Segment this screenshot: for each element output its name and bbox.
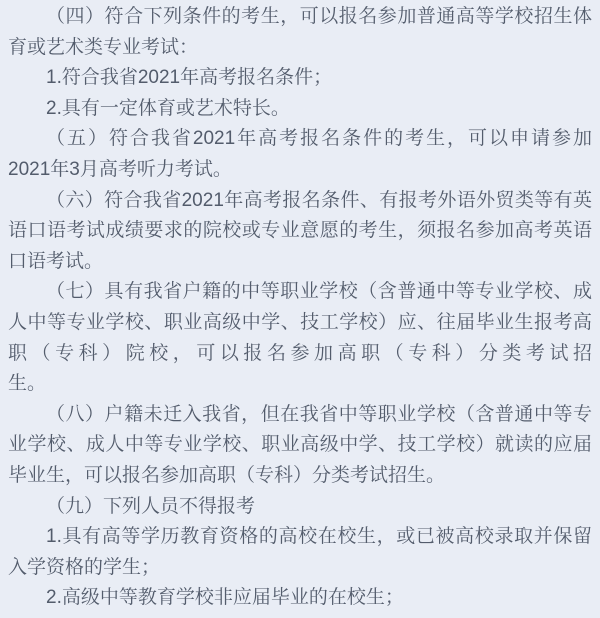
text-line: 口语考试。	[8, 247, 592, 278]
article-body: （四）符合下列条件的考生，可以报名参加普通高等学校招生体 育或艺术类专业考试： …	[0, 0, 600, 614]
text-line: （七）具有我省户籍的中等职业学校（含普通中等专业学校、成	[8, 277, 592, 308]
text-line: 2.高级中等教育学校非应届毕业的在校生；	[8, 583, 592, 614]
text-line: （八）户籍未迁入我省，但在我省中等职业学校（含普通中等专	[8, 400, 592, 431]
paragraph-item-4: （四）符合下列条件的考生，可以报名参加普通高等学校招生体 育或艺术类专业考试：	[8, 2, 592, 63]
text-line: 1.具有高等学历教育资格的高校在校生，或已被高校录取并保留	[8, 522, 592, 553]
paragraph-item-7: （七）具有我省户籍的中等职业学校（含普通中等专业学校、成 人中等专业学校、职业高…	[8, 277, 592, 399]
numbered-item-1: 1.符合我省2021年高考报名条件；	[8, 63, 592, 94]
text-line: 生。	[8, 369, 592, 400]
numbered-item-2: 2.高级中等教育学校非应届毕业的在校生；	[8, 583, 592, 614]
text-line: 2021年3月高考听力考试。	[8, 155, 592, 186]
text-line: （九）下列人员不得报考	[8, 492, 592, 523]
text-line: （五）符合我省2021年高考报名条件的考生，可以申请参加	[8, 124, 592, 155]
text-line: （六）符合我省2021年高考报名条件、有报考外语外贸类等有英	[8, 186, 592, 217]
text-line: 语口语考试成绩要求的院校或专业意愿的考生，须报名参加高考英语	[8, 216, 592, 247]
text-line: 1.符合我省2021年高考报名条件；	[8, 63, 592, 94]
paragraph-item-6: （六）符合我省2021年高考报名条件、有报考外语外贸类等有英 语口语考试成绩要求…	[8, 186, 592, 278]
text-line: 人中等专业学校、职业高级中学、技工学校）应、往届毕业生报考高	[8, 308, 592, 339]
text-line: 业学校、成人中等专业学校、职业高级中学、技工学校）就读的应届	[8, 430, 592, 461]
text-line: （四）符合下列条件的考生，可以报名参加普通高等学校招生体	[8, 2, 592, 33]
paragraph-item-9: （九）下列人员不得报考	[8, 492, 592, 523]
text-line: 育或艺术类专业考试：	[8, 33, 592, 64]
text-line: 2.具有一定体育或艺术特长。	[8, 94, 592, 125]
text-line: 毕业生，可以报名参加高职（专科）分类考试招生。	[8, 461, 592, 492]
text-line: 职（专科）院校，可以报名参加高职（专科）分类考试招	[8, 339, 592, 370]
numbered-item-2: 2.具有一定体育或艺术特长。	[8, 94, 592, 125]
numbered-item-1: 1.具有高等学历教育资格的高校在校生，或已被高校录取并保留 入学资格的学生；	[8, 522, 592, 583]
paragraph-item-5: （五）符合我省2021年高考报名条件的考生，可以申请参加 2021年3月高考听力…	[8, 124, 592, 185]
text-line: 入学资格的学生；	[8, 553, 592, 584]
paragraph-item-8: （八）户籍未迁入我省，但在我省中等职业学校（含普通中等专 业学校、成人中等专业学…	[8, 400, 592, 492]
document-page: { "page": { "background_color": "#e9edf5…	[0, 0, 600, 618]
